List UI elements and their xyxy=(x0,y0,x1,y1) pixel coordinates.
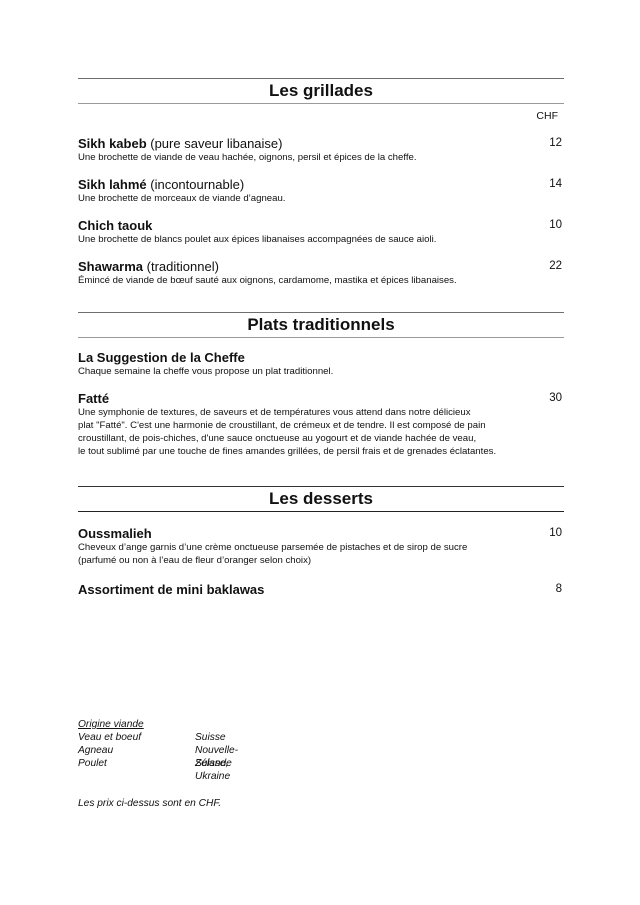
menu-item: Oussmalieh 10 Cheveux d’ange garnis d’un… xyxy=(78,526,564,567)
item-description: (parfumé ou non à l’eau de fleur d’orang… xyxy=(78,554,564,567)
item-name: La Suggestion de la Cheffe xyxy=(78,350,245,365)
item-description: le tout sublimé par une touche de fines … xyxy=(78,445,564,458)
origin-row: Agneau Nouvelle-Zélande xyxy=(78,744,144,757)
section-header-plats-traditionnels: Plats traditionnels xyxy=(78,312,564,338)
item-subtitle: (pure saveur libanaise) xyxy=(147,136,283,151)
item-price: 22 xyxy=(549,259,562,274)
origin-meat: Veau et boeuf xyxy=(78,732,141,743)
price-note: Les prix ci-dessus sont en CHF. xyxy=(78,797,221,810)
currency-column-label: CHF xyxy=(536,110,558,122)
item-price: 14 xyxy=(549,177,562,192)
item-description: Émincé de viande de bœuf sauté aux oigno… xyxy=(78,274,564,287)
item-description: Une symphonie de textures, de saveurs et… xyxy=(78,406,564,419)
menu-item: Sikh kabeb (pure saveur libanaise) 12 Un… xyxy=(78,136,564,164)
item-name: Shawarma xyxy=(78,259,143,274)
item-subtitle: (traditionnel) xyxy=(143,259,219,274)
menu-item: Assortiment de mini baklawas 8 xyxy=(78,582,564,597)
origin-meat: Poulet xyxy=(78,758,107,769)
item-name: Sikh lahmé xyxy=(78,177,147,192)
menu-item: Sikh lahmé (incontournable) 14 Une broch… xyxy=(78,177,564,205)
origin-country: Suisse, Ukraine xyxy=(195,757,230,783)
menu-item: Chich taouk 10 Une brochette de blancs p… xyxy=(78,218,564,246)
menu-item: Shawarma (traditionnel) 22 Émincé de via… xyxy=(78,259,564,287)
item-price: 12 xyxy=(549,136,562,151)
item-name: Chich taouk xyxy=(78,218,152,233)
item-description: Une brochette de morceaux de viande d’ag… xyxy=(78,192,564,205)
section-header-desserts: Les desserts xyxy=(78,486,564,512)
item-name: Oussmalieh xyxy=(78,526,152,541)
item-description: Une brochette de viande de veau hachée, … xyxy=(78,151,564,164)
item-name: Assortiment de mini baklawas xyxy=(78,582,264,597)
item-price: 10 xyxy=(549,218,562,233)
origin-country: Suisse xyxy=(195,731,226,744)
origin-row: Poulet Suisse, Ukraine xyxy=(78,757,144,770)
origin-title: Origine viande xyxy=(78,719,144,730)
item-description: Chaque semaine la cheffe vous propose un… xyxy=(78,365,564,378)
item-name: Sikh kabeb xyxy=(78,136,147,151)
item-description: plat "Fatté". C'est une harmonie de crou… xyxy=(78,419,564,432)
item-subtitle: (incontournable) xyxy=(147,177,245,192)
origin-meat: Agneau xyxy=(78,745,113,756)
item-description: Cheveux d’ange garnis d’une crème onctue… xyxy=(78,541,564,554)
menu-item: Fatté 30 Une symphonie de textures, de s… xyxy=(78,391,564,458)
item-price: 8 xyxy=(556,582,562,597)
origin-row: Veau et boeuf Suisse xyxy=(78,731,144,744)
menu-item: La Suggestion de la Cheffe Chaque semain… xyxy=(78,350,564,378)
item-description: croustillant, de pois-chiches, d'une sau… xyxy=(78,432,564,445)
item-name: Fatté xyxy=(78,391,109,406)
item-description: Une brochette de blancs poulet aux épice… xyxy=(78,233,564,246)
item-price: 30 xyxy=(549,391,562,406)
meat-origin-table: Origine viande Veau et boeuf Suisse Agne… xyxy=(78,718,144,770)
item-price: 10 xyxy=(549,526,562,541)
section-header-grillades: Les grillades xyxy=(78,78,564,104)
